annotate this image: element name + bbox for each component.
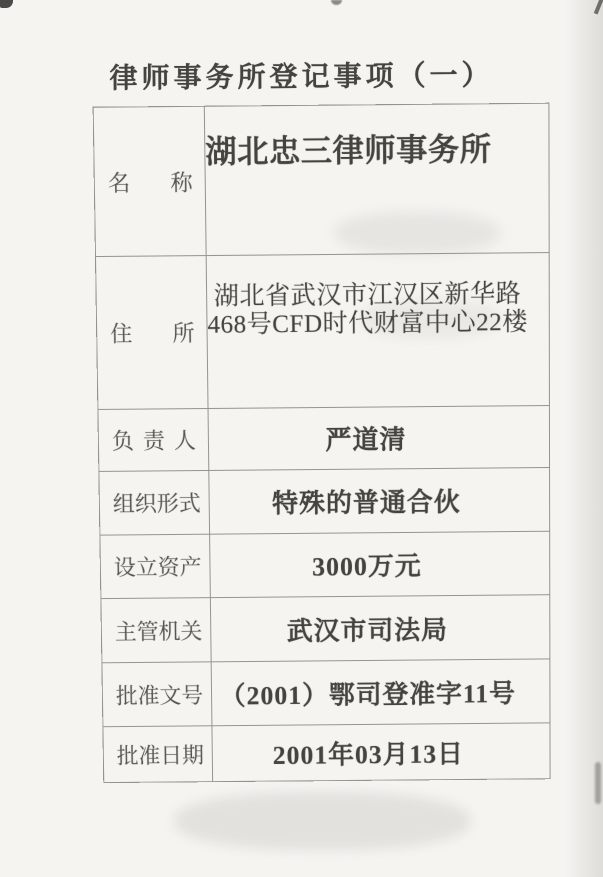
row-value-cell: 湖北省武汉市江汉区新华路 468号CFD时代财富中心22楼 [207,253,584,408]
row-label: 批准文号 [116,679,200,710]
page-title: 律师事务所登记事项（一） [0,52,603,97]
table-row-name: 名称 湖北忠三律师事务所 [94,104,549,257]
row-label: 名称 [108,165,193,197]
row-value: 武汉市司法局 [211,609,549,648]
row-label-cell: 批准文号 [102,662,212,726]
table-row-approval-number: 批准文号 （2001）鄂司登准字11号 [102,659,549,727]
registration-table: 名称 湖北忠三律师事务所 住所 湖北省武汉市江汉区新华路 468号CFD时代财富… [93,103,551,783]
row-label-cell: 名称 [94,107,207,256]
row-value-cell: 严道清 [209,406,550,470]
row-value: 严道清 [209,418,549,458]
scan-streak [595,762,601,804]
scan-corner-mark [594,0,603,15]
scan-edge-shading [565,0,603,877]
row-label: 批准日期 [116,739,200,770]
row-label-cell: 批准日期 [103,726,213,782]
scanned-document-page: 律师事务所登记事项（一） 名称 湖北忠三律师事务所 住所 湖北省武汉市江汉区新华… [0,0,603,877]
row-value: 特殊的普通合伙 [209,481,549,521]
scan-speck [0,0,13,8]
table-row-approval-date: 批准日期 2001年03月13日 [103,723,549,782]
row-value-cell: 湖北忠三律师事务所 [205,104,550,255]
table-row-organization-form: 组织形式 特殊的普通合伙 [99,468,549,536]
row-value: 3000万元 [210,545,549,585]
table-row-address: 住所 湖北省武汉市江汉区新华路 468号CFD时代财富中心22楼 [96,253,549,410]
row-value: （2001）鄂司登准字11号 [212,673,550,712]
bleedthrough-smudge [175,792,470,850]
row-label: 组织形式 [113,487,197,519]
row-value: 湖北省武汉市江汉区新华路 468号CFD时代财富中心22楼 [207,253,584,340]
row-label-cell: 住所 [96,256,209,409]
scan-speck [331,0,342,5]
row-value-cell: 3000万元 [210,532,549,597]
row-value-cell: 2001年03月13日 [212,723,549,781]
row-label: 负责人 [112,424,196,456]
row-label-cell: 主管机关 [101,598,211,662]
row-label-cell: 设立资产 [100,535,210,598]
table-row-principal: 负责人 严道清 [98,406,549,472]
row-value: 湖北忠三律师事务所 [205,104,550,172]
table-row-supervising-authority: 主管机关 武汉市司法局 [101,595,549,663]
row-value-cell: 武汉市司法局 [211,595,550,661]
row-label: 设立资产 [114,551,198,582]
row-value-cell: 特殊的普通合伙 [209,468,549,534]
table-row-registered-assets: 设立资产 3000万元 [100,532,549,599]
row-label-cell: 组织形式 [99,471,210,535]
row-label-cell: 负责人 [98,409,209,471]
row-label: 主管机关 [115,615,199,646]
row-label: 住所 [110,317,195,349]
row-value-cell: （2001）鄂司登准字11号 [212,659,550,725]
row-value: 2001年03月13日 [213,733,550,772]
